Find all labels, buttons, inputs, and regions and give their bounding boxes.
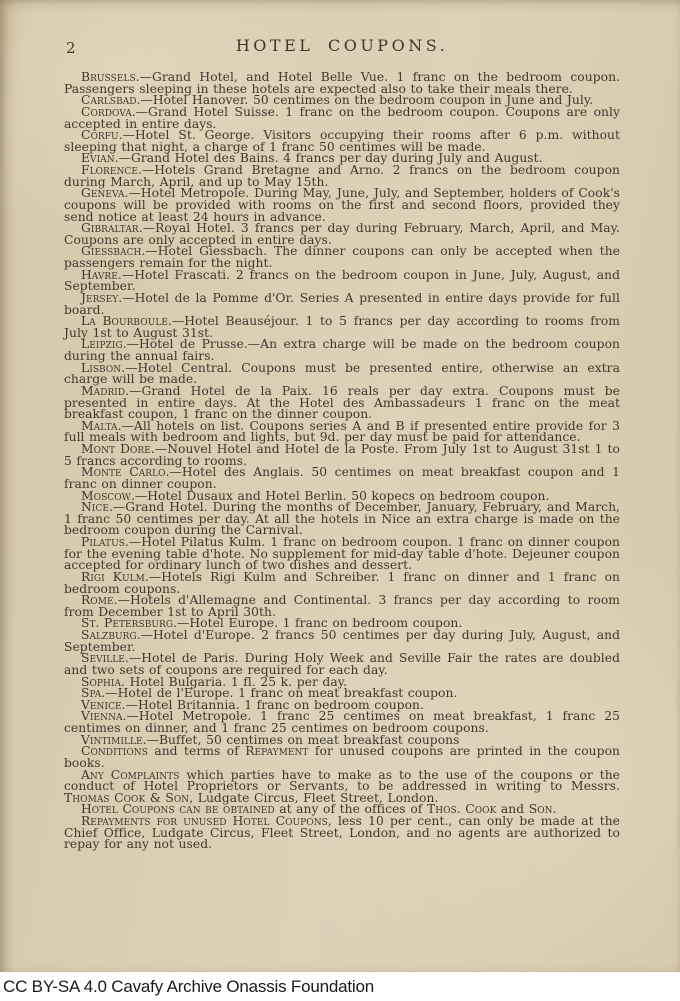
entry-text: —Grand Hotel de la Paix. 16 reals per da… bbox=[64, 384, 620, 421]
entry-paragraph: Nice.—Grand Hotel. During the months of … bbox=[64, 502, 620, 537]
entry-text: —Grand Hotel. During the months of Decem… bbox=[64, 500, 620, 537]
entry-text: —Hotel Giessbach. The dinner coupons can… bbox=[64, 244, 620, 270]
entry-paragraph: Geneva.—Hotel Metropole. During May, Jun… bbox=[64, 188, 620, 223]
entry-paragraph: Lisbon.—Hotel Central. Coupons must be p… bbox=[64, 363, 620, 386]
page-title: HOTEL COUPONS. bbox=[236, 36, 448, 55]
entry-text: —All hotels on list. Coupons series A an… bbox=[64, 419, 620, 445]
entry-text: —Hotel Metropole. During May, June, July… bbox=[64, 186, 620, 223]
entry-paragraph: La Bourboule.—Hotel Beauséjour. 1 to 5 f… bbox=[64, 316, 620, 339]
page-header: 2 HOTEL COUPONS. bbox=[64, 36, 620, 55]
entry-text: —Hotel Central. Coupons must be presente… bbox=[64, 361, 620, 387]
license-bar: CC BY-SA 4.0 Cavafy Archive Onassis Foun… bbox=[0, 972, 680, 1001]
entry-paragraph: Seville.—Hotel de Paris. During Holy Wee… bbox=[64, 653, 620, 676]
entry-lead: Repayment bbox=[245, 744, 308, 758]
entry-paragraph: Mont Dore.—Nouvel Hotel and Hotel de la … bbox=[64, 444, 620, 467]
entry-text: —Grand Hotel, and Hotel Belle Vue. 1 fra… bbox=[64, 70, 620, 96]
entry-paragraph: Havre.—Hotel Frascati. 2 francs on the b… bbox=[64, 270, 620, 293]
entry-paragraph: Repayments for unused Hotel Coupons, les… bbox=[64, 816, 620, 851]
page-content: 2 HOTEL COUPONS. Brussels.—Grand Hotel, … bbox=[0, 0, 680, 851]
entry-paragraph: Salzburg.—Hotel d'Europe. 2 francs 50 ce… bbox=[64, 630, 620, 653]
entry-paragraph: Cordova.—Grand Hotel Suisse. 1 franc on … bbox=[64, 107, 620, 130]
entry-paragraph: Any Complaints which parties have to mak… bbox=[64, 770, 620, 805]
entry-text: —Hotel de Prusse.—An extra charge will b… bbox=[64, 337, 620, 363]
license-text: CC BY-SA 4.0 Cavafy Archive Onassis Foun… bbox=[0, 977, 374, 997]
entry-paragraph: Leipzig.—Hotel de Prusse.—An extra charg… bbox=[64, 339, 620, 362]
entry-text: —Hotels d'Allemagne and Continental. 3 f… bbox=[64, 593, 620, 619]
entry-paragraph: Jersey.—Hotel de la Pomme d'Or. Series A… bbox=[64, 293, 620, 316]
entry-text: —Hotel d'Europe. 2 francs 50 centimes pe… bbox=[64, 628, 620, 654]
entry-text: —Hotel de la Pomme d'Or. Series A presen… bbox=[64, 291, 620, 317]
entry-paragraph: Monte Carlo.—Hotel des Anglais. 50 centi… bbox=[64, 467, 620, 490]
entry-text: —Hotel de Paris. During Holy Week and Se… bbox=[64, 651, 620, 677]
entry-paragraph: Madrid.—Grand Hotel de la Paix. 16 reals… bbox=[64, 386, 620, 421]
page-number: 2 bbox=[66, 39, 77, 57]
entry-text: —Hotel St. George. Visitors occupying th… bbox=[64, 128, 620, 154]
entry-paragraph: Florence.—Hotels Grand Bretagne and Arno… bbox=[64, 165, 620, 188]
entry-paragraph: Brussels.—Grand Hotel, and Hotel Belle V… bbox=[64, 72, 620, 95]
entry-text: —Grand Hotel Suisse. 1 franc on the bedr… bbox=[64, 105, 620, 131]
entry-paragraph: Malta.—All hotels on list. Coupons serie… bbox=[64, 421, 620, 444]
entry-text: —Hotel Pilatus Kulm. 1 franc on bedroom … bbox=[64, 535, 620, 572]
entry-text: and terms of bbox=[148, 744, 245, 758]
entry-text: —Hotel Metropole. 1 franc 25 centimes on… bbox=[64, 709, 620, 735]
entry-paragraph: Conditions and terms of Repayment for un… bbox=[64, 746, 620, 769]
entry-paragraph: Giessbach.—Hotel Giessbach. The dinner c… bbox=[64, 246, 620, 269]
entry-text: —Royal Hotel. 3 francs per day during Fe… bbox=[64, 221, 620, 247]
entry-paragraph: Pilatus.—Hotel Pilatus Kulm. 1 franc on … bbox=[64, 537, 620, 572]
entry-text: —Hotel Frascati. 2 francs on the bedroom… bbox=[64, 268, 620, 294]
entry-paragraph: Rome.—Hotels d'Allemagne and Continental… bbox=[64, 595, 620, 618]
hotel-coupon-entries: Brussels.—Grand Hotel, and Hotel Belle V… bbox=[64, 72, 620, 851]
entry-paragraph: Vienna.—Hotel Metropole. 1 franc 25 cent… bbox=[64, 711, 620, 734]
entry-paragraph: Rigi Kulm.—Hotels Rigi Kulm and Schreibe… bbox=[64, 572, 620, 595]
entry-paragraph: Corfu.—Hotel St. George. Visitors occupy… bbox=[64, 130, 620, 153]
entry-text: —Hotels Grand Bretagne and Arno. 2 franc… bbox=[64, 163, 620, 189]
entry-paragraph: Gibraltar.—Royal Hotel. 3 francs per day… bbox=[64, 223, 620, 246]
book-page-scan: 2 HOTEL COUPONS. Brussels.—Grand Hotel, … bbox=[0, 0, 680, 972]
